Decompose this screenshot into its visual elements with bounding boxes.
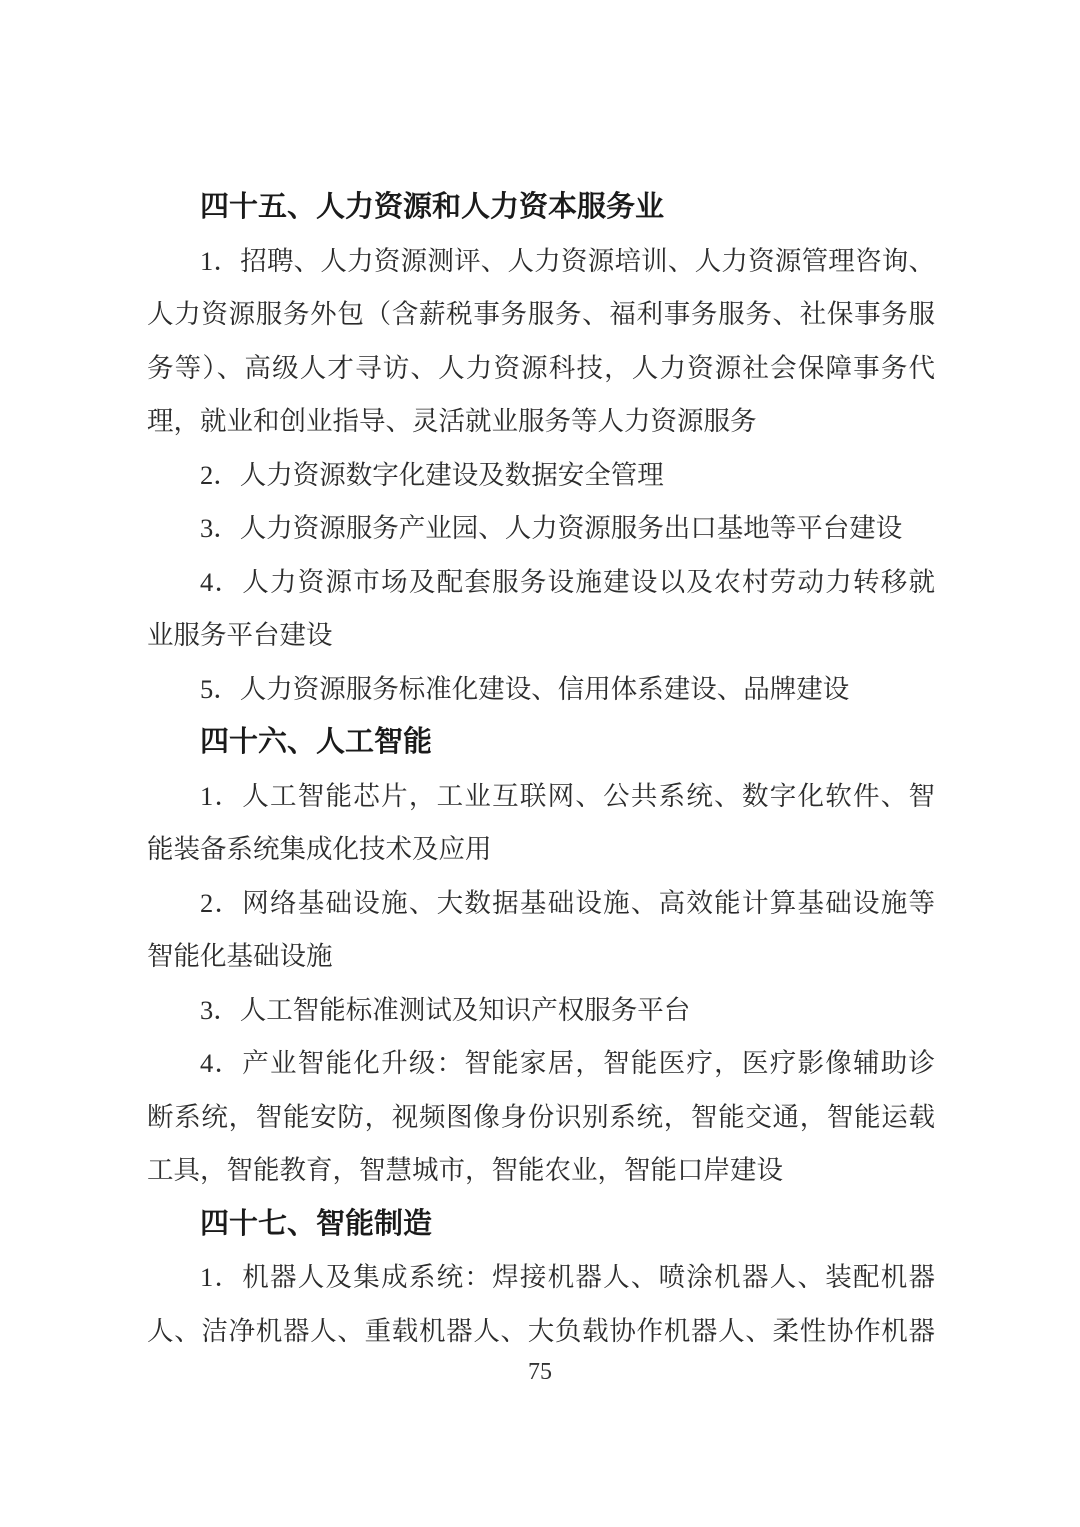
paragraph-line: 3．人工智能标准测试及知识产权服务平台 bbox=[147, 984, 935, 1038]
paragraph-line: 理，就业和创业指导、灵活就业服务等人力资源服务 bbox=[147, 395, 935, 449]
paragraph-line: 1．人工智能芯片，工业互联网、公共系统、数字化软件、智 bbox=[147, 770, 935, 824]
paragraph-line: 务等）、高级人才寻访、人力资源科技，人力资源社会保障事务代 bbox=[147, 342, 935, 396]
paragraph-line: 工具，智能教育，智慧城市，智能农业，智能口岸建设 bbox=[147, 1144, 935, 1198]
page-number: 75 bbox=[528, 1359, 552, 1385]
paragraph-line: 业服务平台建设 bbox=[147, 609, 935, 663]
paragraph-line: 断系统，智能安防，视频图像身份识别系统，智能交通，智能运载 bbox=[147, 1091, 935, 1145]
paragraph-line: 人、洁净机器人、重载机器人、大负载协作机器人、柔性协作机器 bbox=[147, 1305, 935, 1359]
paragraph-line: 2．人力资源数字化建设及数据安全管理 bbox=[147, 449, 935, 503]
paragraph-line: 能装备系统集成化技术及应用 bbox=[147, 823, 935, 877]
paragraph-line: 2．网络基础设施、大数据基础设施、高效能计算基础设施等 bbox=[147, 877, 935, 931]
page-footer: 75 bbox=[0, 1352, 1080, 1392]
section-heading: 四十六、人工智能 bbox=[147, 716, 935, 770]
paragraph-line: 5．人力资源服务标准化建设、信用体系建设、品牌建设 bbox=[147, 663, 935, 717]
paragraph-line: 4．产业智能化升级：智能家居，智能医疗，医疗影像辅助诊 bbox=[147, 1037, 935, 1091]
paragraph-line: 智能化基础设施 bbox=[147, 930, 935, 984]
paragraph-line: 1．招聘、人力资源测评、人力资源培训、人力资源管理咨询、 bbox=[147, 235, 935, 289]
document-content: 四十五、人力资源和人力资本服务业1．招聘、人力资源测评、人力资源培训、人力资源管… bbox=[147, 181, 935, 1358]
paragraph-line: 3．人力资源服务产业园、人力资源服务出口基地等平台建设 bbox=[147, 502, 935, 556]
paragraph-line: 1．机器人及集成系统：焊接机器人、喷涂机器人、装配机器 bbox=[147, 1251, 935, 1305]
section-heading: 四十七、智能制造 bbox=[147, 1198, 935, 1252]
section-heading: 四十五、人力资源和人力资本服务业 bbox=[147, 181, 935, 235]
document-page: 四十五、人力资源和人力资本服务业1．招聘、人力资源测评、人力资源培训、人力资源管… bbox=[0, 0, 1080, 1527]
paragraph-line: 人力资源服务外包（含薪税事务服务、福利事务服务、社保事务服 bbox=[147, 288, 935, 342]
paragraph-line: 4．人力资源市场及配套服务设施建设以及农村劳动力转移就 bbox=[147, 556, 935, 610]
